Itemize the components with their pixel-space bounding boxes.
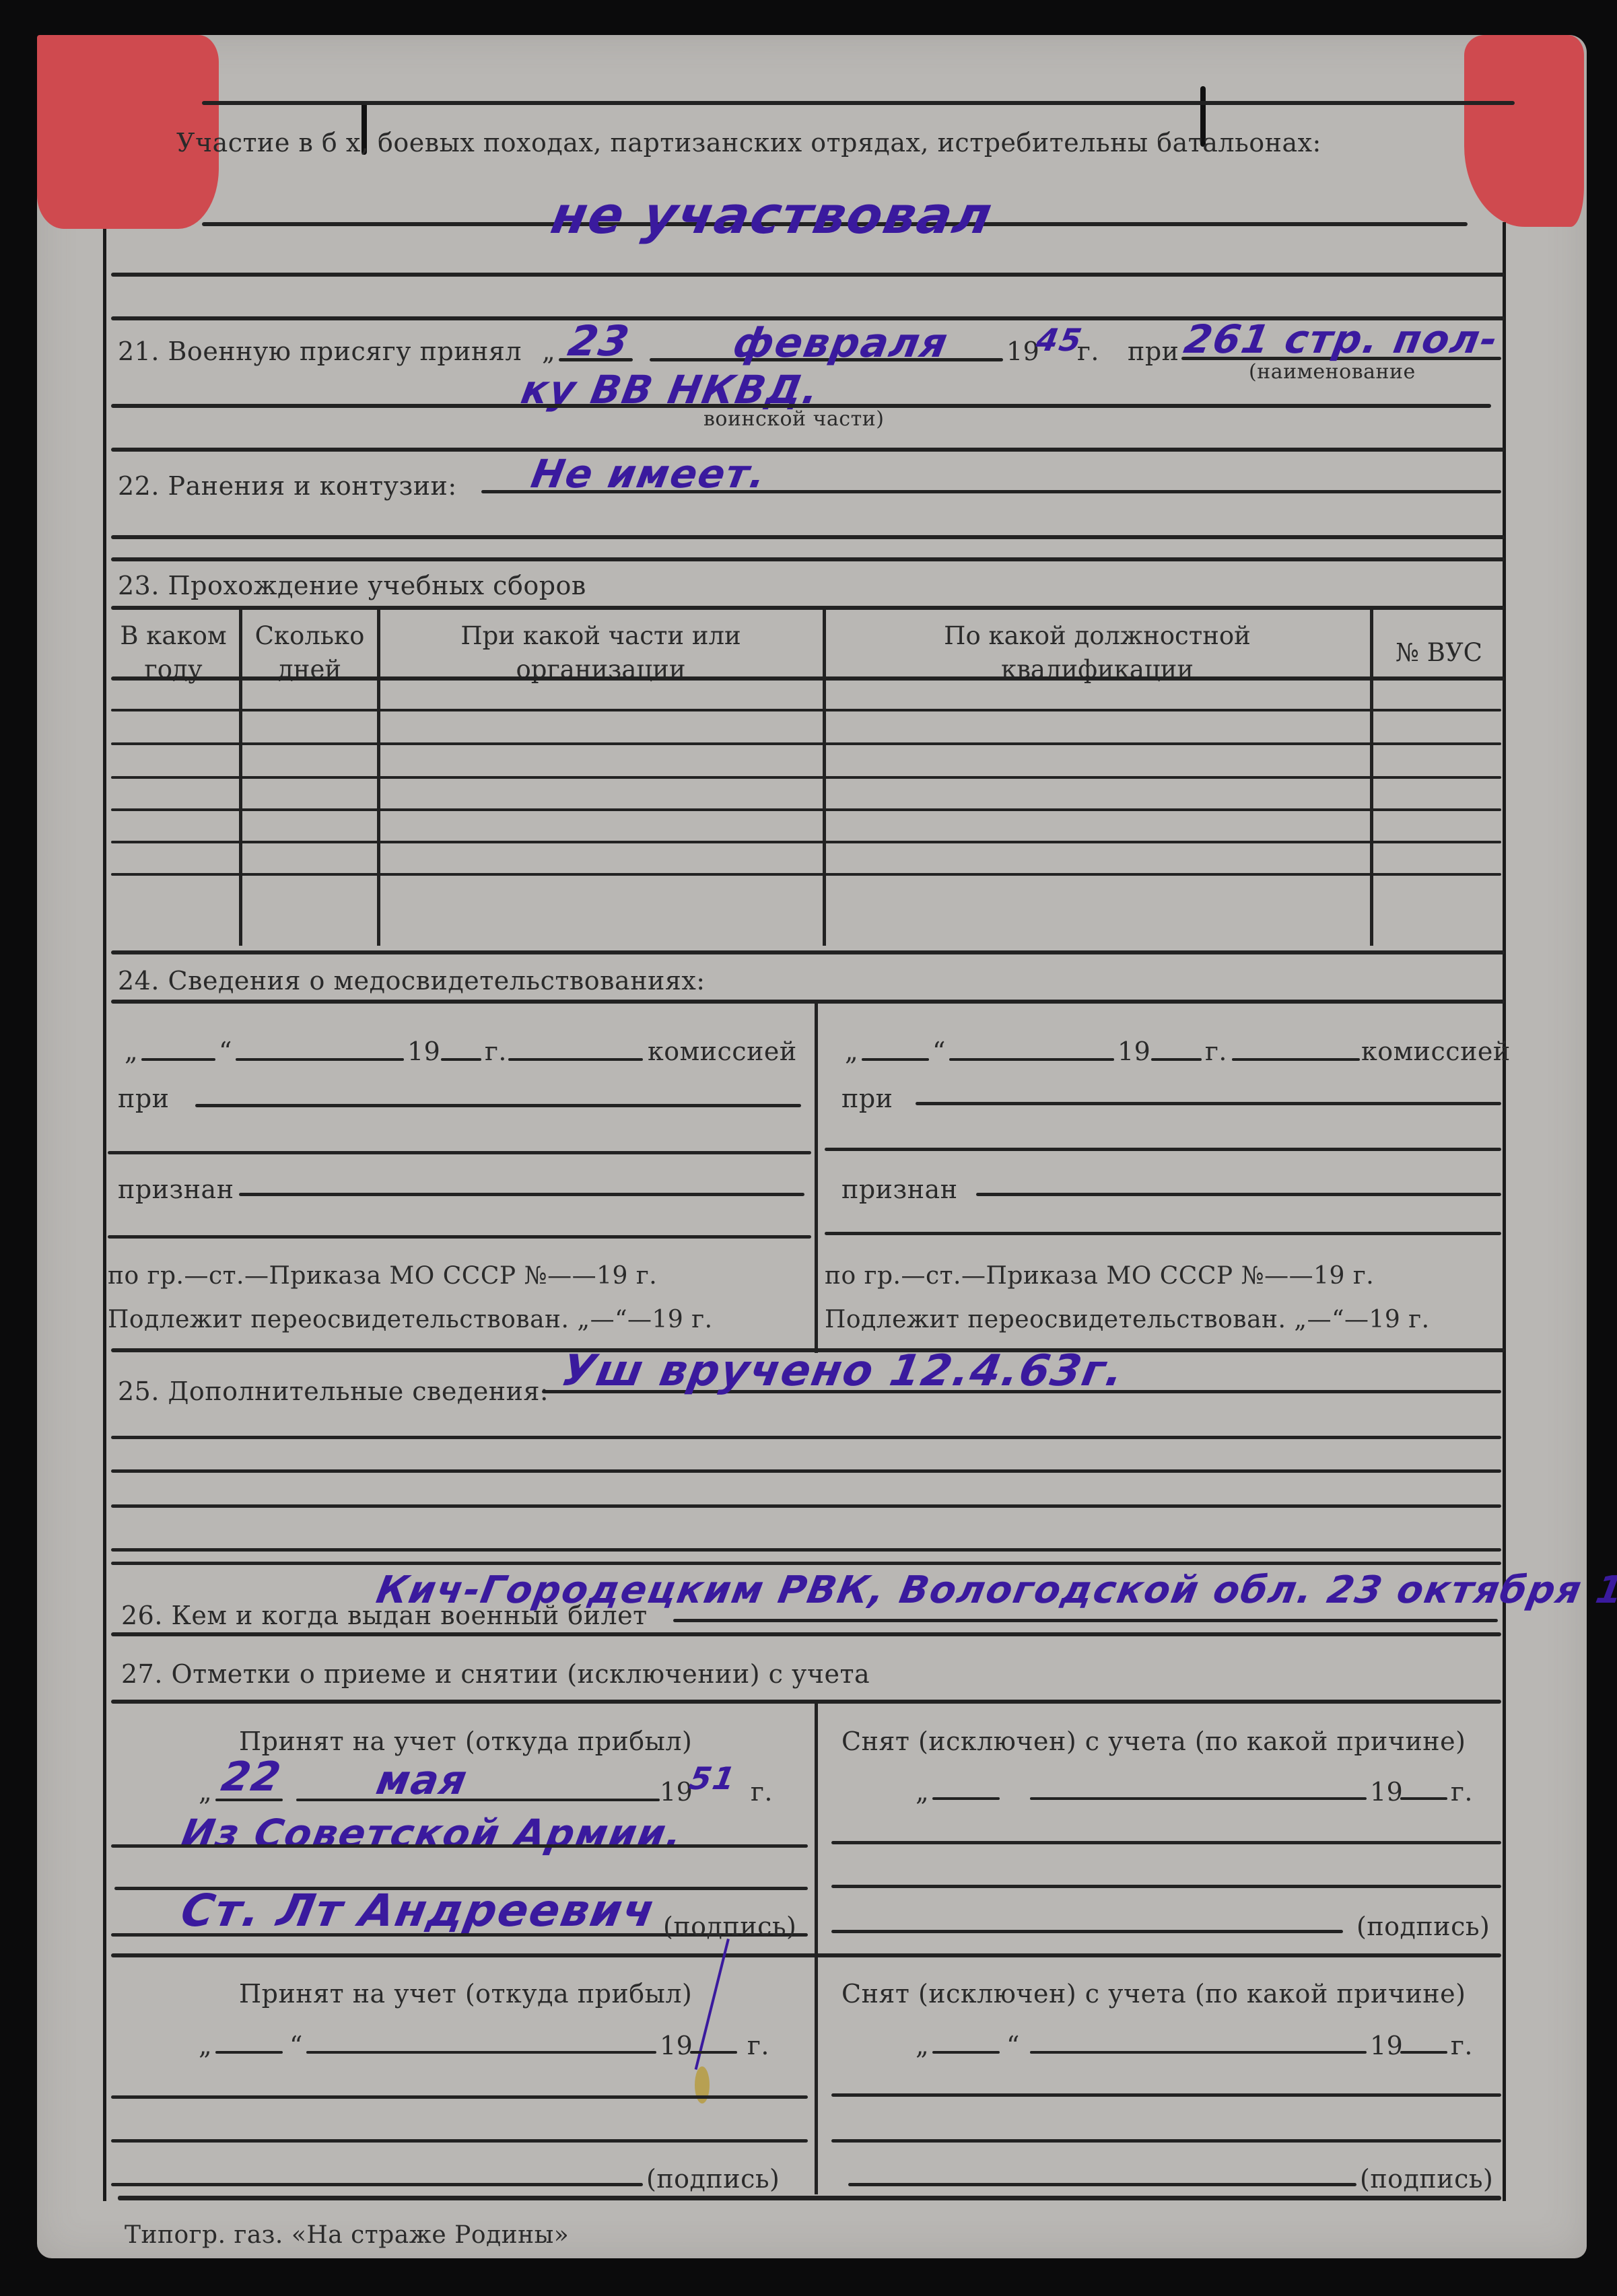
panel-divider [815, 1003, 818, 1353]
rule [111, 1700, 1501, 1704]
removed-year-prefix-2: 19 [1370, 2031, 1403, 2060]
rule [825, 1232, 1501, 1235]
removed-signature-blank-1[interactable] [831, 1930, 1343, 1933]
med-right-date-quote-close: “ [932, 1037, 946, 1066]
med-left-priznan: признан [118, 1175, 234, 1204]
id-issued-blank[interactable] [673, 1619, 1498, 1622]
section24-label: 24. Сведения о медосвидетельствованиях: [118, 966, 706, 996]
accepted-year-blank-2[interactable] [690, 2051, 737, 2054]
rule [111, 1000, 1505, 1004]
med-right-day-blank[interactable] [862, 1058, 929, 1061]
med-left-pri-blank[interactable] [195, 1104, 801, 1107]
removed-title-2: Снят (исключен) с учета (по какой причин… [841, 1979, 1466, 2009]
removed-quote-close-2: “ [1006, 2031, 1020, 2060]
accepted-from-1[interactable]: Из Советской Армии. [178, 1811, 687, 1856]
removed-day-blank-2[interactable] [932, 2051, 1000, 2054]
accepted-quote-close-2: “ [289, 2031, 303, 2060]
table-header-rule [111, 676, 1505, 681]
rule [831, 1885, 1501, 1888]
accepted-month-blank-1 [296, 1799, 660, 1801]
section23-label: 23. Прохождение учебных сборов [118, 571, 586, 600]
rule [111, 557, 1505, 561]
rule [111, 1436, 1501, 1439]
removed-g-2: г. [1451, 2031, 1473, 2060]
removed-year-blank-2[interactable] [1400, 2051, 1447, 2054]
rule [111, 2139, 808, 2143]
rule [108, 1151, 811, 1154]
panel-divider [815, 1703, 818, 2194]
section25-label: 25. Дополнительные сведения: [118, 1377, 549, 1406]
frame-right-border [1503, 222, 1506, 2201]
med-left-date-quote: „ [125, 1037, 138, 1066]
section20-value: не участвовал [547, 185, 998, 245]
rule [111, 1953, 1501, 1957]
removed-year-prefix-1: 19 [1370, 1777, 1403, 1807]
rule [111, 1548, 1501, 1552]
section27-label: 27. Отметки о приеме и снятии (исключени… [121, 1659, 870, 1689]
accepted-title-1: Принят на учет (откуда прибыл) [239, 1727, 692, 1756]
med-right-priznan-blank[interactable] [976, 1193, 1501, 1196]
med-right-month-blank[interactable] [949, 1058, 1114, 1061]
rule [111, 1632, 1501, 1636]
accepted-g-1: г. [751, 1777, 773, 1807]
rule [202, 101, 1515, 105]
med-right-year: 19 [1117, 1037, 1150, 1066]
rule [108, 1235, 811, 1239]
rule [111, 2095, 808, 2099]
med-left-reexam-line: Подлежит переосвидетельствован. „—“—19 г… [108, 1306, 713, 1333]
rule [111, 1562, 1501, 1565]
med-right-pri: при [841, 1084, 893, 1113]
med-left-priznan-blank[interactable] [239, 1193, 804, 1196]
rule [831, 1841, 1501, 1844]
section22-label: 22. Ранения и контузии: [118, 471, 457, 501]
accepted-year-suffix-1[interactable]: 51 [687, 1760, 739, 1797]
removed-year-blank-1[interactable] [1400, 1797, 1447, 1800]
table-row[interactable] [111, 709, 1501, 711]
rule [111, 448, 1505, 452]
med-left-day-blank[interactable] [141, 1058, 215, 1061]
rule [111, 950, 1505, 954]
med-left-date-quote-close: “ [219, 1037, 232, 1066]
accepted-g-2: г. [747, 2031, 769, 2060]
section20-label: Участие в б х, боевых походах, партизанс… [176, 128, 1321, 158]
rule [831, 2139, 1501, 2143]
col-header-vus: № ВУС [1373, 636, 1505, 670]
accepted-quote-1: „ [199, 1777, 212, 1807]
removed-signature-blank-2[interactable] [848, 2183, 1356, 2186]
table-row[interactable] [111, 808, 1501, 811]
accepted-signature-blank-2[interactable] [111, 2183, 643, 2186]
printer-imprint: Типогр. газ. «На страже Родины» [125, 2221, 569, 2249]
med-right-g: г. [1205, 1037, 1227, 1066]
removed-signature-caption-1: (подпись) [1356, 1912, 1490, 1941]
oath-year-g: г. [1077, 337, 1099, 366]
section21-quote-open: „ [542, 337, 555, 366]
med-right-year-blank[interactable] [1151, 1058, 1202, 1061]
accepted-signature-caption-2: (подпись) [646, 2164, 780, 2194]
med-left-komissiey: комиссией [648, 1037, 797, 1066]
accepted-month-1[interactable]: мая [373, 1757, 471, 1804]
accepted-year-prefix-2: 19 [660, 2031, 693, 2060]
rule [111, 1504, 1501, 1508]
med-right-order-line: по гр.—ст.—Приказа МО СССР №——19 г. [825, 1262, 1374, 1290]
med-right-pri-blank[interactable] [916, 1102, 1501, 1105]
id-issued-value[interactable]: Кич-Городецким РВК, Вологодской обл. 23 … [373, 1568, 1617, 1612]
oath-caption-bottom: воинской части) [703, 407, 884, 431]
extra-info-value[interactable]: Уш вручено 12.4.63г. [557, 1346, 1128, 1396]
med-left-commission-blank[interactable] [508, 1058, 643, 1061]
removed-month-blank-2[interactable] [1030, 2051, 1367, 2054]
med-left-pri: при [118, 1084, 169, 1113]
med-right-date-quote: „ [845, 1037, 858, 1066]
wounds-value[interactable]: Не имеет. [528, 451, 770, 497]
table-row[interactable] [111, 776, 1501, 779]
rule [111, 535, 1505, 539]
oath-day[interactable]: 23 [565, 316, 634, 366]
rule [111, 1844, 808, 1848]
med-left-month-blank[interactable] [236, 1058, 404, 1061]
table-row[interactable] [111, 873, 1501, 876]
removed-signature-caption-2: (подпись) [1360, 2164, 1493, 2194]
table-top-rule [111, 606, 1505, 610]
accepted-signature-caption-1: (подпись) [663, 1912, 796, 1941]
accepted-day-blank-2[interactable] [215, 2051, 283, 2054]
med-left-order-line: по гр.—ст.—Приказа МО СССР №——19 г. [108, 1262, 657, 1290]
accepted-quote-2: „ [199, 2031, 212, 2060]
oath-month[interactable]: февраля [730, 320, 952, 367]
removed-title-1: Снят (исключен) с учета (по какой причин… [841, 1727, 1466, 1756]
section21-label: 21. Военную присягу принял [118, 337, 522, 366]
med-left-year: 19 [407, 1037, 440, 1066]
rule [831, 2093, 1501, 2097]
table-row[interactable] [111, 841, 1501, 843]
removed-day-blank-1[interactable] [932, 1797, 1000, 1800]
med-right-priznan: признан [841, 1175, 958, 1204]
accepted-title-2: Принят на учет (откуда прибыл) [239, 1979, 692, 2009]
accepted-day-1[interactable]: 22 [218, 1753, 285, 1801]
med-left-year-blank[interactable] [441, 1058, 481, 1061]
table-bottom-rule [118, 2196, 1501, 2200]
med-right-reexam-line: Подлежит переосвидетельствован. „—“—19 г… [825, 1306, 1430, 1333]
accepted-month-blank-2[interactable] [306, 2051, 656, 2054]
red-corner-marker-right [1464, 35, 1584, 227]
removed-g-1: г. [1451, 1777, 1473, 1807]
frame-left-border [103, 229, 106, 2201]
rule [111, 1469, 1501, 1473]
rule [111, 273, 1505, 277]
table-row[interactable] [111, 742, 1501, 745]
oath-unit-line1[interactable]: 261 стр. пол- [1181, 316, 1502, 362]
rule [825, 1148, 1501, 1151]
oath-pri: при [1128, 337, 1179, 366]
removed-quote-1: „ [916, 1777, 929, 1807]
med-left-g: г. [485, 1037, 507, 1066]
removed-quote-2: „ [916, 2031, 929, 2060]
oath-caption-top: (наименование [1249, 360, 1416, 384]
accepted-signature-1[interactable]: Ст. Лт Андреевич [177, 1885, 659, 1937]
med-right-komissiey: комиссией [1361, 1037, 1511, 1066]
med-right-commission-blank[interactable] [1232, 1058, 1360, 1061]
removed-month-blank-1[interactable] [1030, 1797, 1367, 1800]
